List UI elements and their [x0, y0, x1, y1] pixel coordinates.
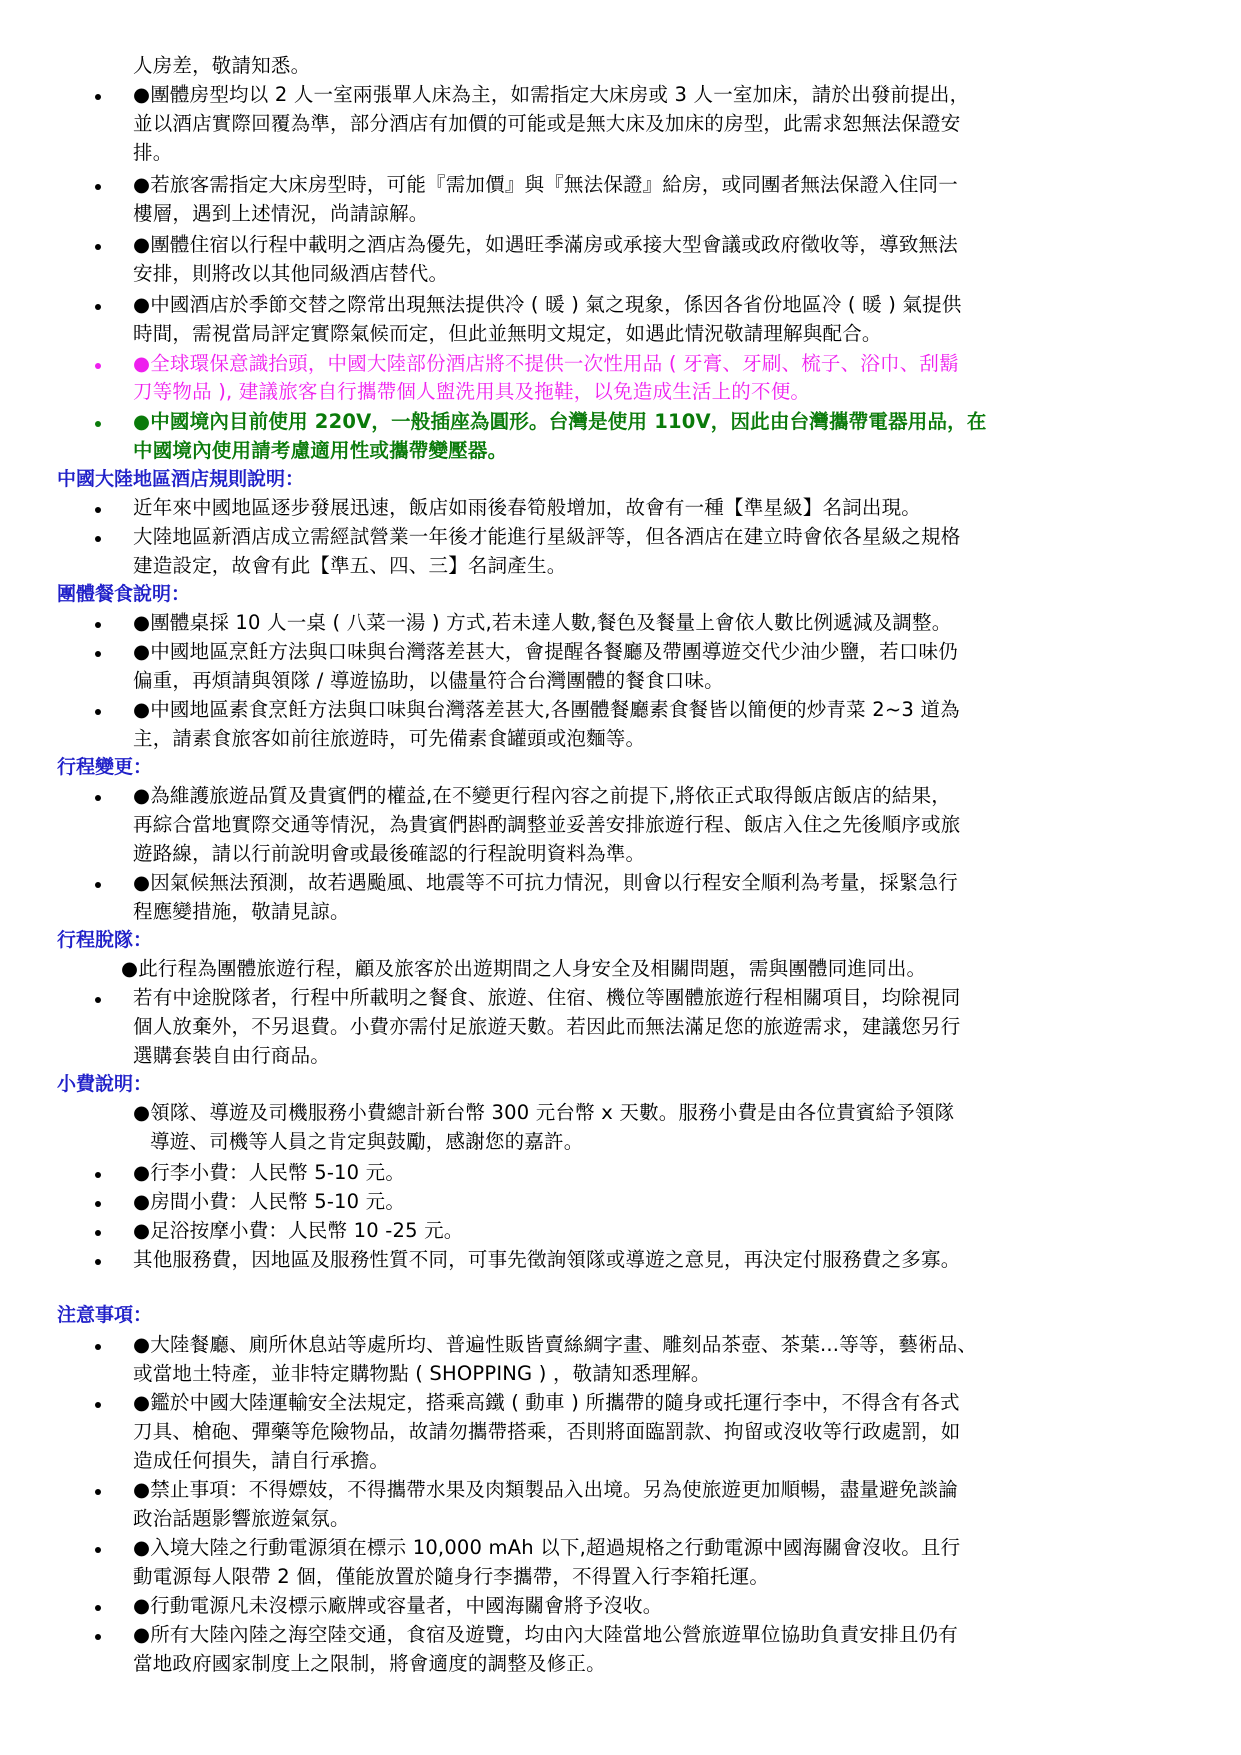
notice-2-line-2: 刀具、槍砲、彈藥等危險物品，故請勿攜帶搭乘，否則將面臨罰款、拘留或沒收等行政處罰… — [133, 1418, 960, 1446]
bullet-dot — [95, 622, 101, 628]
bullet-dot — [95, 1634, 101, 1640]
change-1-line-2: 再綜合當地實際交通等情況，為貴賓們斟酌調整並妥善安排旅遊行程、飯店入住之先後順序… — [133, 811, 960, 839]
eco-note-line-1: ●全球環保意識抬頭，中國大陸部份酒店將不提供一次性用品 ( 牙膏、牙刷、梳子、浴… — [133, 350, 959, 378]
room-note-3-line-2: 安排，則將改以其他同級酒店替代。 — [133, 260, 448, 288]
bullet-dot — [95, 651, 101, 657]
bullet-dot — [95, 507, 101, 513]
hotel-rules-heading: 中國大陸地區酒店規則說明： — [57, 466, 304, 492]
notice-4-line-1: ●入境大陸之行動電源須在標示 10,000 mAh 以下,超過規格之行動電源中國… — [133, 1534, 960, 1562]
meal-2-line-2: 偏重，再煩請與領隊 / 導遊協助，以儘量符合台灣團體的餐食口味。 — [133, 667, 724, 695]
tip-other-services: 其他服務費，因地區及服務性質不同，可事先徵詢領隊或導遊之意見，再決定付服務費之多… — [133, 1246, 960, 1274]
notice-2-line-3: 造成任何損失，請自行承擔。 — [133, 1447, 389, 1475]
change-1-line-3: 遊路線，請以行前說明會或最後確認的行程說明資料為準。 — [133, 840, 645, 868]
bullet-dot — [95, 244, 101, 250]
tips-intro-line-2: 導遊、司機等人員之肯定與鼓勵，感謝您的嘉許。 — [150, 1128, 583, 1156]
notice-2-line-1: ●鑑於中國大陸運輸安全法規定，搭乘高鐵 ( 動車 ) 所攜帶的隨身或托運行李中，… — [133, 1389, 960, 1417]
bullet-dot — [95, 1201, 101, 1207]
room-note-2-line-1: ●若旅客需指定大床房型時，可能『需加價』與『無法保證』給房，或同團者無法保證入住… — [133, 171, 958, 199]
bullet-dot — [95, 795, 101, 801]
bullet-dot — [95, 709, 101, 715]
notice-1-line-1: ●大陸餐廳、廁所休息站等處所均、普遍性販皆賣絲綢字畫、雕刻品茶壺、茶葉...等等… — [133, 1331, 977, 1359]
notice-1-line-2: 或當地土特產，並非特定購物點 ( SHOPPING ) ，敬請知悉理解。 — [133, 1360, 711, 1388]
itinerary-change-heading: 行程變更： — [57, 754, 152, 780]
change-2-line-2: 程應變措施，敬請見諒。 — [133, 898, 350, 926]
change-2-line-1: ●因氣候無法預測，故若遇颱風、地震等不可抗力情況，則會以行程安全順利為考量，採緊… — [133, 869, 958, 897]
notice-6-line-2: 當地政府國家制度上之限制，將會適度的調整及修正。 — [133, 1650, 606, 1678]
bullet-dot — [95, 304, 101, 310]
bullet-dot — [95, 421, 101, 427]
notice-6-line-1: ●所有大陸內陸之海空陸交通，食宿及遊覽，均由內大陸當地公營旅遊單位協助負責安排且… — [133, 1621, 958, 1649]
bullet-dot — [95, 1344, 101, 1350]
notice-3-line-1: ●禁止事項：不得嫖妓，不得攜帶水果及肉類製品入出境。另為使旅遊更加順暢，盡量避免… — [133, 1476, 958, 1504]
bullet-dot — [95, 536, 101, 542]
notice-3-line-2: 政治話題影響旅遊氣氛。 — [133, 1505, 350, 1533]
bullet-dot — [95, 997, 101, 1003]
voltage-note-line-1: ●中國境內目前使用 220V，一般插座為圓形。台灣是使用 110V，因此由台灣攜… — [133, 408, 987, 436]
meals-heading: 團體餐食說明： — [57, 581, 190, 607]
room-note-3-line-1: ●團體住宿以行程中載明之酒店為優先，如遇旺季滿房或承接大型會議或政府徵收等，導致… — [133, 231, 958, 259]
bullet-dot — [95, 1547, 101, 1553]
meal-3-line-1: ●中國地區素食烹飪方法與口味與台灣落差甚大,各團體餐廳素食餐皆以簡便的炒青菜 2… — [133, 696, 960, 724]
room-note-2-line-2: 樓層，遇到上述情況，尚請諒解。 — [133, 200, 429, 228]
leaving-1-line-3: 選購套裝自由行商品。 — [133, 1042, 330, 1070]
hotel-rule-2-line-1: 大陸地區新酒店成立需經試營業一年後才能進行星級評等，但各酒店在建立時會依各星級之… — [133, 523, 960, 551]
intro-tail-text: 人房差，敬請知悉。 — [133, 52, 310, 80]
tip-foot-massage: ●足浴按摩小費：人民幣 10 -25 元。 — [133, 1217, 463, 1245]
tip-room: ●房間小費：人民幣 5-10 元。 — [133, 1188, 405, 1216]
bullet-dot — [95, 1230, 101, 1236]
bullet-dot — [95, 184, 101, 190]
hotel-rule-1-line-1: 近年來中國地區逐步發展迅速，飯店如雨後春筍般增加，故會有一種【準星級】名詞出現。 — [133, 494, 921, 522]
bullet-dot — [95, 1259, 101, 1265]
bullet-dot — [95, 1172, 101, 1178]
voltage-note-line-2: 中國境內使用請考慮適用性或攜帶變壓器。 — [133, 437, 507, 465]
tips-heading: 小費說明： — [57, 1071, 152, 1097]
tip-luggage: ●行李小費：人民幣 5-10 元。 — [133, 1159, 405, 1187]
bullet-dot — [95, 1605, 101, 1611]
meal-2-line-1: ●中國地區烹飪方法與口味與台灣落差甚大，會提醒各餐廳及帶團導遊交代少油少鹽，若口… — [133, 638, 958, 666]
room-note-1-line-3: 排。 — [133, 139, 172, 167]
room-note-1-line-2: 並以酒店實際回覆為準，部分酒店有加價的可能或是無大床及加床的房型，此需求恕無法保… — [133, 110, 960, 138]
leaving-group-intro: ●此行程為團體旅遊行程，顧及旅客於出遊期間之人身安全及相關問題，需與團體同進同出… — [121, 955, 926, 983]
leaving-1-line-1: 若有中途脫隊者，行程中所載明之餐食、旅遊、住宿、機位等團體旅遊行程相關項目，均除… — [133, 984, 960, 1012]
bullet-dot — [95, 1489, 101, 1495]
leaving-1-line-2: 個人放棄外，不另退費。小費亦需付足旅遊天數。若因此而無法滿足您的旅遊需求，建議您… — [133, 1013, 960, 1041]
tips-intro-line-1: ●領隊、導遊及司機服務小費總計新台幣 300 元台幣 x 天數。服務小費是由各位… — [133, 1099, 954, 1127]
bullet-dot — [95, 882, 101, 888]
notice-5-line-1: ●行動電源凡未沒標示廠牌或容量者，中國海關會將予沒收。 — [133, 1592, 662, 1620]
room-note-4-line-1: ●中國酒店於季節交替之際常出現無法提供冷 ( 暖 ) 氣之現象，係因各省份地區冷… — [133, 291, 962, 319]
bullet-dot — [95, 94, 101, 100]
change-1-line-1: ●為維護旅遊品質及貴賓們的權益,在不變更行程內容之前提下,將依正式取得飯店飯店的… — [133, 782, 951, 810]
leaving-group-heading: 行程脫隊： — [57, 927, 152, 953]
bullet-dot — [95, 363, 101, 369]
hotel-rule-2-line-2: 建造設定，故會有此【準五、四、三】名詞產生。 — [133, 552, 566, 580]
eco-note-line-2: 刀等物品 ), 建議旅客自行攜帶個人盥洗用具及拖鞋，以免造成生活上的不便。 — [133, 378, 810, 406]
notice-4-line-2: 動電源每人限帶 2 個，僅能放置於隨身行李攜帶，不得置入行李箱托運。 — [133, 1563, 769, 1591]
bullet-dot — [95, 1402, 101, 1408]
meal-3-line-2: 主，請素食旅客如前往旅遊時，可先備素食罐頭或泡麵等。 — [133, 725, 645, 753]
room-note-1-line-1: ●團體房型均以 2 人一室兩張單人床為主，如需指定大床房或 3 人一室加床，請於… — [133, 81, 969, 109]
meal-1-line-1: ●團體桌採 10 人一桌 ( 八菜一湯 ) 方式,若未達人數,餐色及餐量上會依人… — [133, 609, 951, 637]
notices-heading: 注意事項： — [57, 1302, 152, 1328]
room-note-4-line-2: 時間，需視當局評定實際氣候而定，但此並無明文規定，如遇此情況敬請理解與配合。 — [133, 320, 882, 348]
